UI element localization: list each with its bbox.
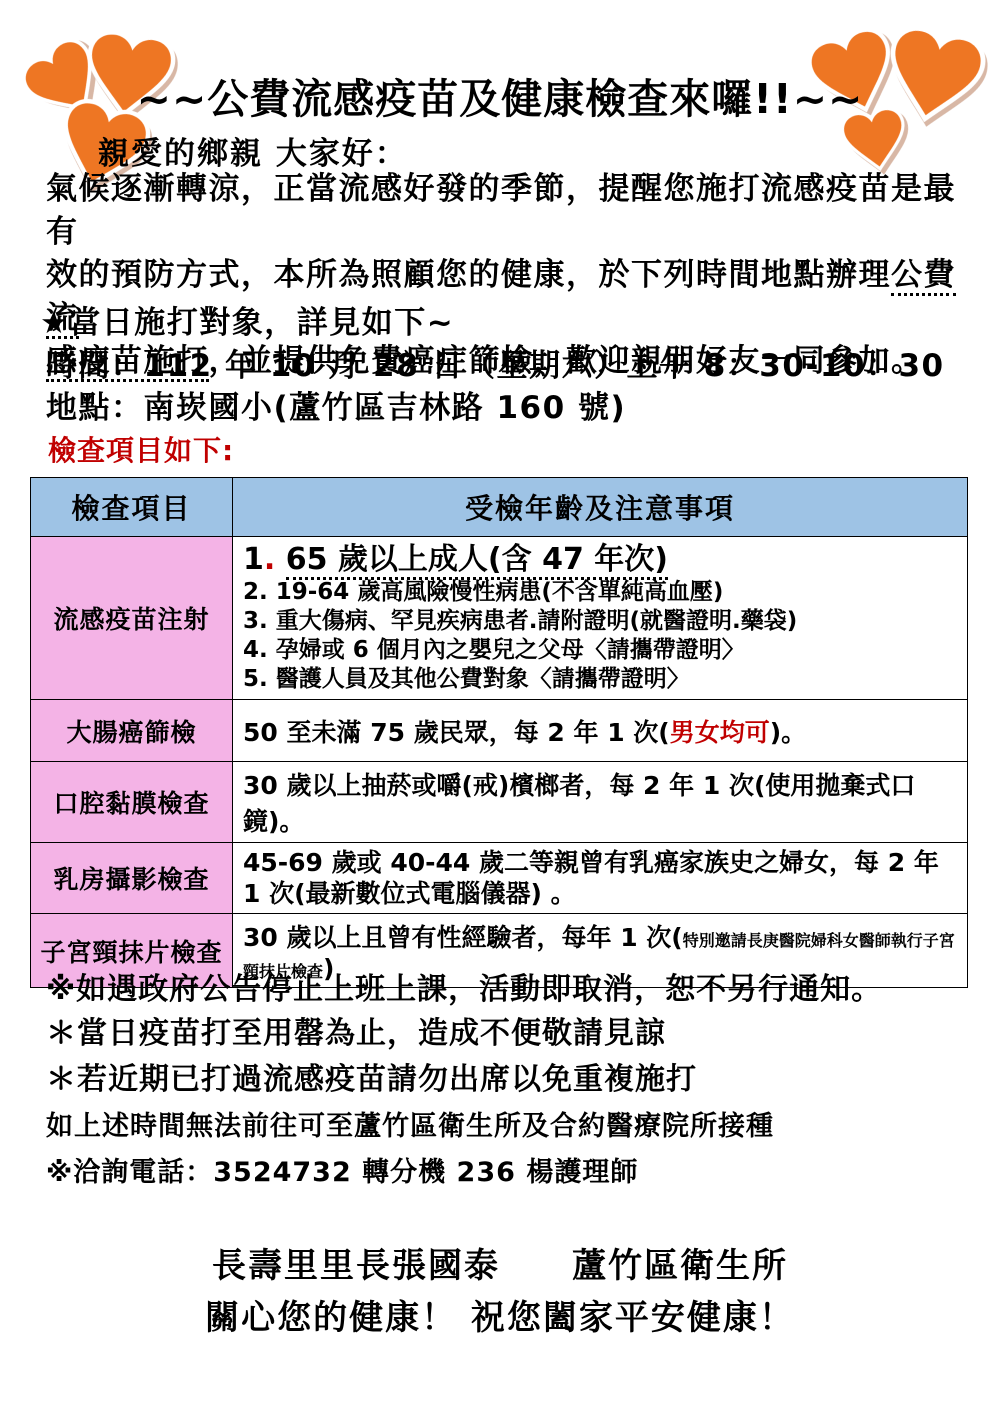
- flu-line2: 2. 19-64 歲高風險慢性病患(不含單純高血壓): [243, 578, 961, 607]
- table-row: 流感疫苗注射 1. 65 歲以上成人(含 47 年次) 2. 19-64 歲高風…: [31, 537, 968, 700]
- intro-line2: 效的預防方式，本所為照顧您的健康，於下列時間地點辦理: [46, 257, 891, 293]
- row-detail-cell: 50 至未滿 75 歲民眾，每 2 年 1 次(男女均可)。: [233, 700, 968, 762]
- table-header-item: 檢查項目: [31, 478, 233, 537]
- row-detail-cell: 45-69 歲或 40-44 歲二等親曾有乳癌家族史之婦女，每 2 年 1 次(…: [233, 843, 968, 914]
- row-item-cell: 大腸癌篩檢: [31, 700, 233, 762]
- place-line: 地點：南崁國小(蘆竹區吉林路 160 號): [46, 382, 626, 427]
- greeting-line: 親愛的鄉親 大家好：: [98, 128, 408, 173]
- target-line: ★當日施打對象，詳見如下~: [40, 297, 454, 342]
- red-highlight: 男女均可: [670, 718, 770, 747]
- note-line: ＊若近期已打過流感疫苗請勿出席以免重複施打: [46, 1054, 697, 1098]
- flu-line5: 5. 醫護人員及其他公費對象〈請攜帶證明〉: [243, 665, 961, 694]
- row-item-cell: 流感疫苗注射: [31, 537, 233, 700]
- table-row: 口腔黏膜檢查 30 歲以上抽菸或嚼(戒)檳榔者，每 2 年 1 次(使用拋棄式口…: [31, 762, 968, 843]
- note-line: ※洽詢電話：3524732 轉分機 236 楊護理師: [46, 1150, 638, 1189]
- signature-line2: 關心您的健康！ 祝您闔家平安健康！: [0, 1290, 1000, 1339]
- table-row: 大腸癌篩檢 50 至未滿 75 歲民眾，每 2 年 1 次(男女均可)。: [31, 700, 968, 762]
- note-line: 如上述時間無法前往可至蘆竹區衛生所及合約醫療院所接種: [46, 1104, 774, 1143]
- row-detail-cell: 1. 65 歲以上成人(含 47 年次) 2. 19-64 歲高風險慢性病患(不…: [233, 537, 968, 700]
- row-item-cell: 口腔黏膜檢查: [31, 762, 233, 843]
- table-header-row: 檢查項目 受檢年齡及注意事項: [31, 478, 968, 537]
- flu-line1: 1. 65 歲以上成人(含 47 年次): [243, 542, 961, 578]
- time-line: 時間：112 年 10 月 28 日（星期六）上午 8：30-10：30: [46, 340, 945, 385]
- row-detail-cell: 30 歲以上抽菸或嚼(戒)檳榔者，每 2 年 1 次(使用拋棄式口鏡)。: [233, 762, 968, 843]
- note-line: ＊當日疫苗打至用罄為止，造成不便敬請見諒: [46, 1008, 666, 1052]
- note-line: ※如遇政府公告停止上班上課，活動即取消，恕不另行通知。: [46, 964, 882, 1008]
- flyer-page: ~~公費流感疫苗及健康檢查來囉!!~~ 親愛的鄉親 大家好： 氣候逐漸轉涼，正當…: [0, 0, 1000, 1420]
- intro-line1: 氣候逐漸轉涼，正當流感好發的季節，提醒您施打流感疫苗是最有: [46, 171, 956, 250]
- flu-line4: 4. 孕婦或 6 個月內之嬰兒之父母〈請攜帶證明〉: [243, 636, 961, 665]
- flyer-title: ~~公費流感疫苗及健康檢查來囉!!~~: [0, 66, 1000, 125]
- table-header-notes: 受檢年齡及注意事項: [233, 478, 968, 537]
- checkup-table: 檢查項目 受檢年齡及注意事項 流感疫苗注射 1. 65 歲以上成人(含 47 年…: [30, 477, 968, 988]
- table-heading: 檢查項目如下:: [48, 429, 234, 469]
- signature-line1: 長壽里里長張國泰 蘆竹區衛生所: [0, 1238, 1000, 1287]
- table-row: 乳房攝影檢查 45-69 歲或 40-44 歲二等親曾有乳癌家族史之婦女，每 2…: [31, 843, 968, 914]
- row-item-cell: 乳房攝影檢查: [31, 843, 233, 914]
- flu-line3: 3. 重大傷病、罕見疾病患者.請附證明(就醫證明.藥袋): [243, 607, 961, 636]
